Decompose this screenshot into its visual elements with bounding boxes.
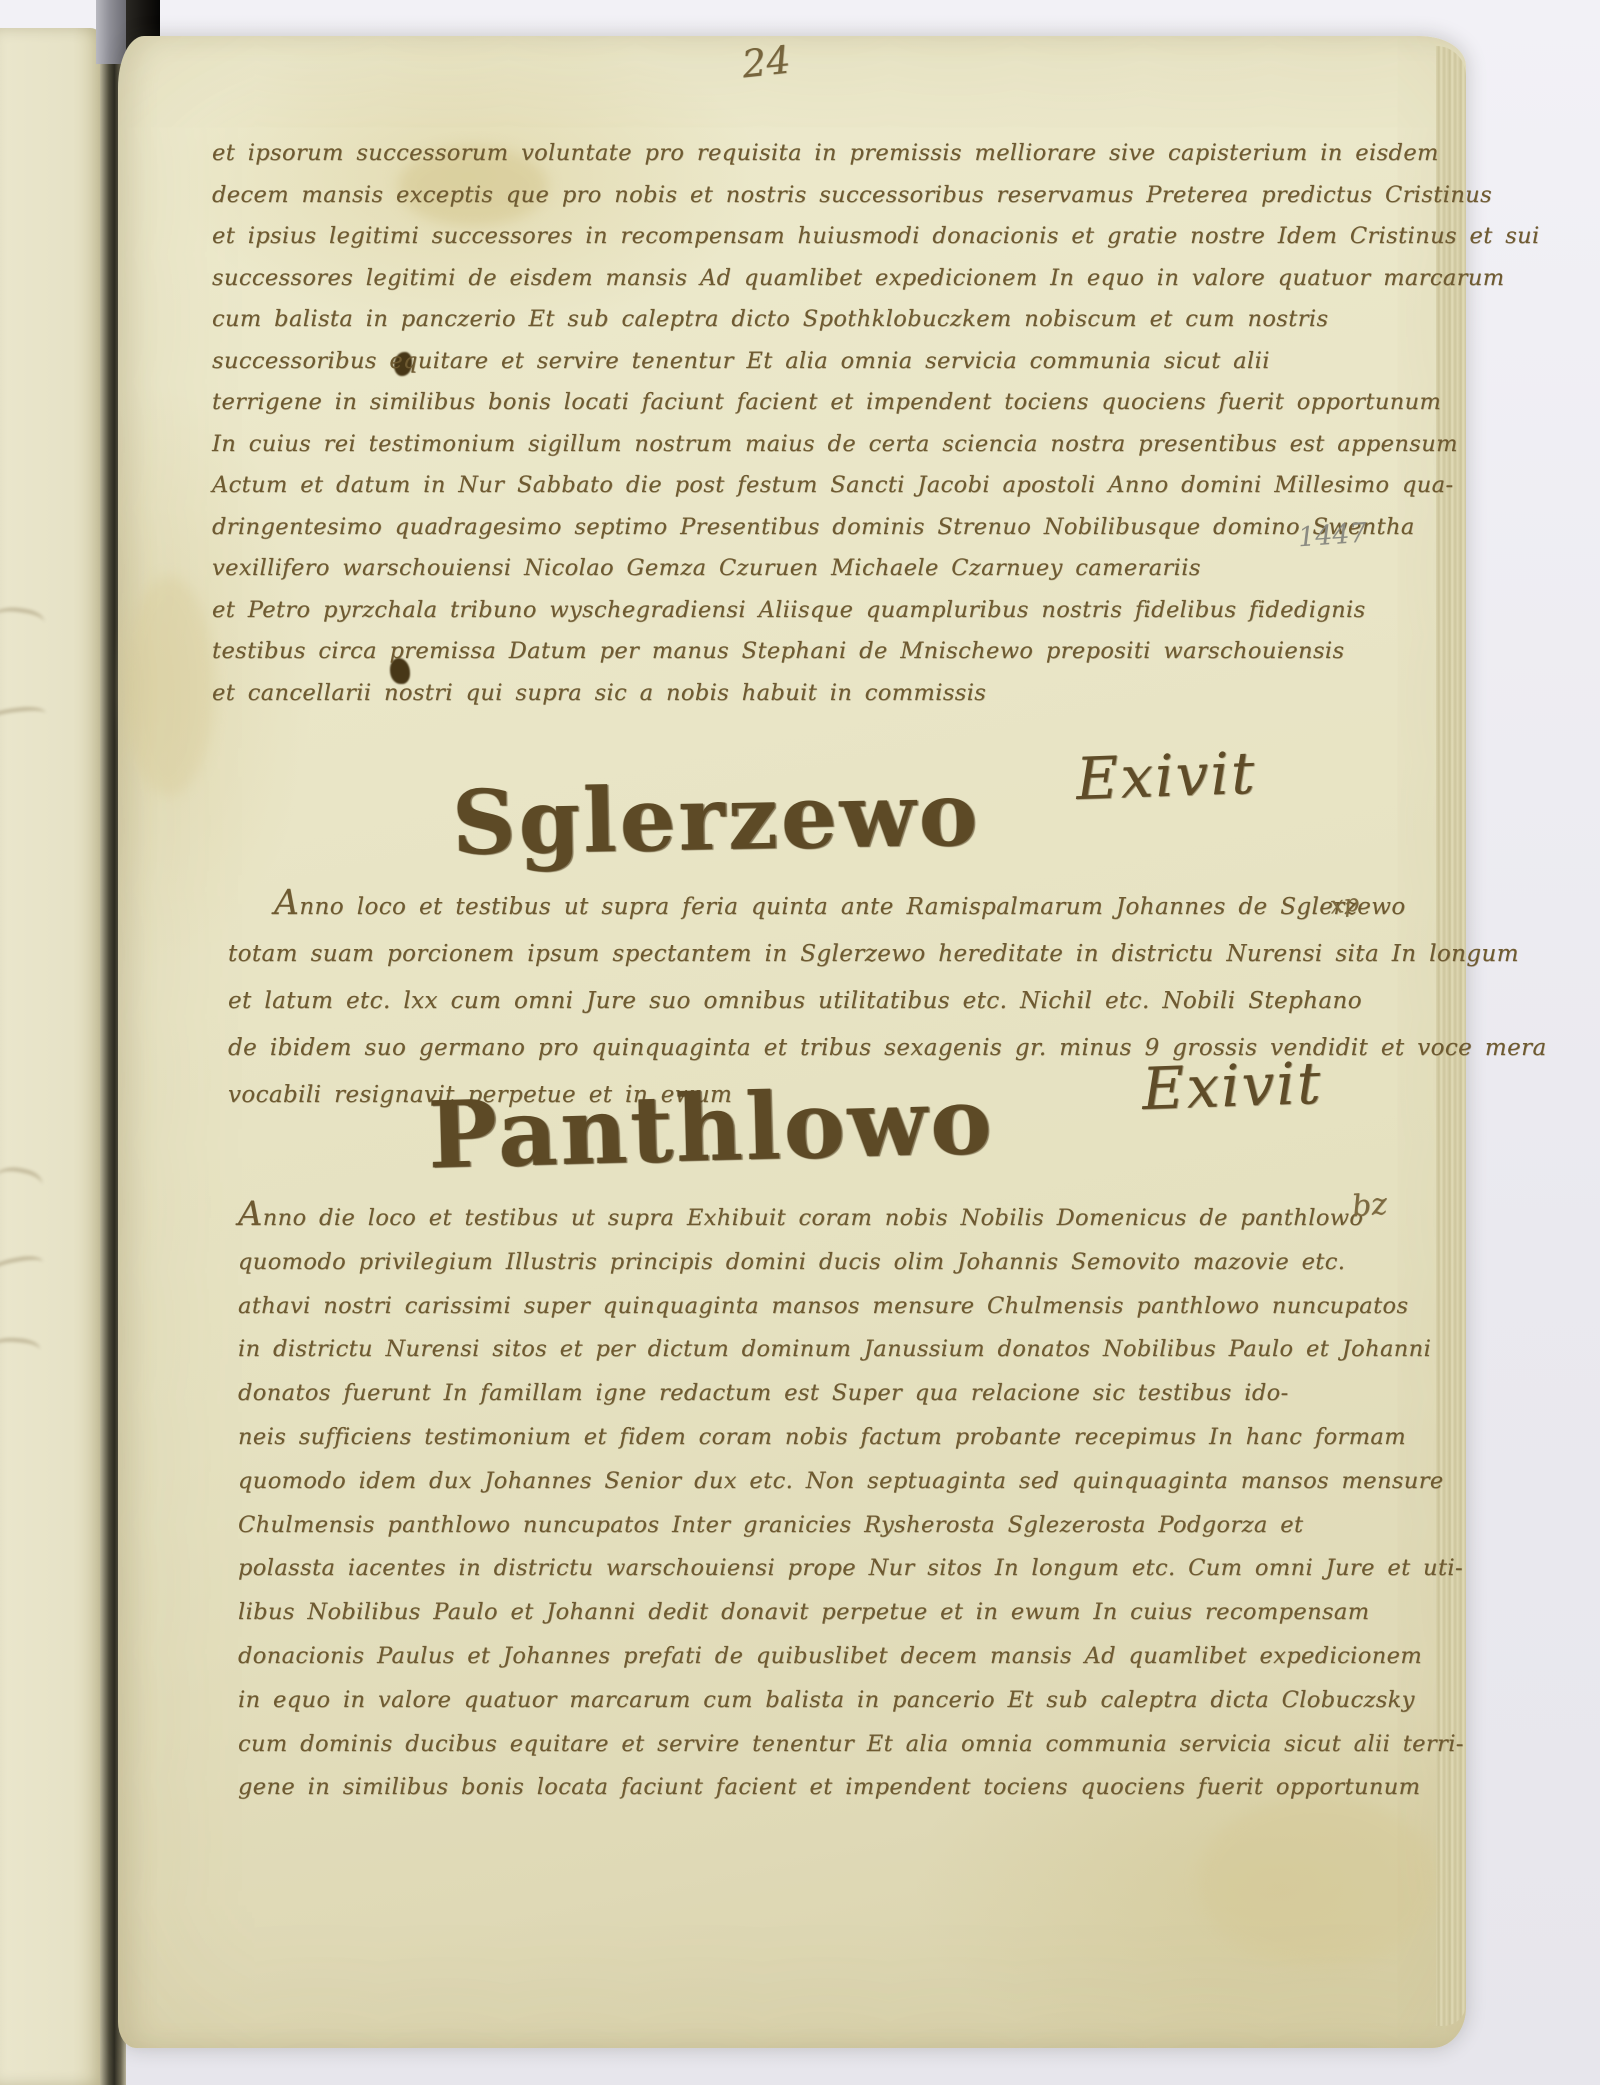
text-line: vexillifero warschouiensi Nicolao Gemza … bbox=[212, 548, 1540, 590]
section-heading-sglerzewo: Sglerzewo bbox=[451, 761, 981, 874]
text-line: successores legitimi de eisdem mansis Ad… bbox=[212, 258, 1540, 300]
text-line: in equo in valore quatuor marcarum cum b… bbox=[238, 1679, 1464, 1723]
text-line: Chulmensis panthlowo nuncupatos Inter gr… bbox=[238, 1504, 1464, 1548]
charter-entry-1: et ipsorum successorum voluntate pro req… bbox=[212, 133, 1540, 714]
bleed-through-mark bbox=[0, 605, 46, 638]
text-line: terrigene in similibus bonis locati faci… bbox=[212, 382, 1540, 424]
text-line: polassta iacentes in districtu warschoui… bbox=[238, 1547, 1464, 1591]
facing-page-edge bbox=[0, 28, 104, 2085]
text-line: et ipsorum successorum voluntate pro req… bbox=[212, 133, 1540, 175]
bleed-through-mark bbox=[0, 1163, 45, 1202]
parchment-stain bbox=[124, 576, 214, 796]
section-heading-panthlowo: Panthlowo bbox=[427, 1067, 996, 1190]
text-line: donatos fuerunt In famillam igne redactu… bbox=[238, 1372, 1464, 1416]
exivit-annotation-2: Exivit bbox=[1141, 1049, 1323, 1123]
margin-note-upper: xp bbox=[1329, 889, 1361, 920]
text-line: decem mansis exceptis que pro nobis et n… bbox=[212, 175, 1540, 217]
text-line: et cancellarii nostri qui supra sic a no… bbox=[212, 673, 1540, 715]
text-line: neis sufficiens testimonium et fidem cor… bbox=[238, 1416, 1464, 1460]
bleed-through-mark bbox=[0, 1253, 45, 1284]
bleed-through-mark bbox=[0, 1336, 41, 1364]
text-line: et Petro pyrzchala tribuno wyschegradien… bbox=[212, 590, 1540, 632]
text-line: Anno die loco et testibus ut supra Exhib… bbox=[238, 1192, 1464, 1241]
photo-backdrop: 24 et ipsorum successorum voluntate pro … bbox=[0, 0, 1600, 2085]
text-line: In cuius rei testimonium sigillum nostru… bbox=[212, 424, 1540, 466]
margin-note-year: 1447 bbox=[1297, 518, 1368, 554]
text-line: de ibidem suo germano pro quinquaginta e… bbox=[228, 1025, 1547, 1072]
text-line: cum balista in panczerio Et sub caleptra… bbox=[212, 299, 1540, 341]
text-line: totam suam porcionem ipsum spectantem in… bbox=[228, 931, 1547, 978]
text-line: donacionis Paulus et Johannes prefati de… bbox=[238, 1635, 1464, 1679]
exivit-annotation-1: Exivit bbox=[1075, 739, 1257, 813]
text-line: et ipsius legitimi successores in recomp… bbox=[212, 216, 1540, 258]
text-line: gene in similibus bonis locata faciunt f… bbox=[238, 1766, 1464, 1810]
spine-edge bbox=[96, 0, 126, 64]
text-line: in districtu Nurensi sitos et per dictum… bbox=[238, 1328, 1464, 1372]
parchment-stain bbox=[1198, 1796, 1438, 1966]
text-line: cum dominis ducibus equitare et servire … bbox=[238, 1723, 1464, 1767]
text-line: successoribus equitare et servire tenent… bbox=[212, 341, 1540, 383]
margin-note-lower: bz bbox=[1351, 1187, 1389, 1225]
text-line: libus Nobilibus Paulo et Johanni dedit d… bbox=[238, 1591, 1464, 1635]
text-line: quomodo idem dux Johannes Senior dux etc… bbox=[238, 1460, 1464, 1504]
charter-entry-3: Anno die loco et testibus ut supra Exhib… bbox=[238, 1192, 1464, 1810]
text-line: Actum et datum in Nur Sabbato die post f… bbox=[212, 465, 1540, 507]
bleed-through-mark bbox=[0, 705, 47, 731]
folio-number: 24 bbox=[740, 38, 793, 87]
text-line: testibus circa premissa Datum per manus … bbox=[212, 631, 1540, 673]
text-line: et latum etc. lxx cum omni Jure suo omni… bbox=[228, 978, 1547, 1025]
text-line: quomodo privilegium Illustris principis … bbox=[238, 1241, 1464, 1285]
text-line: athavi nostri carissimi super quinquagin… bbox=[238, 1285, 1464, 1329]
